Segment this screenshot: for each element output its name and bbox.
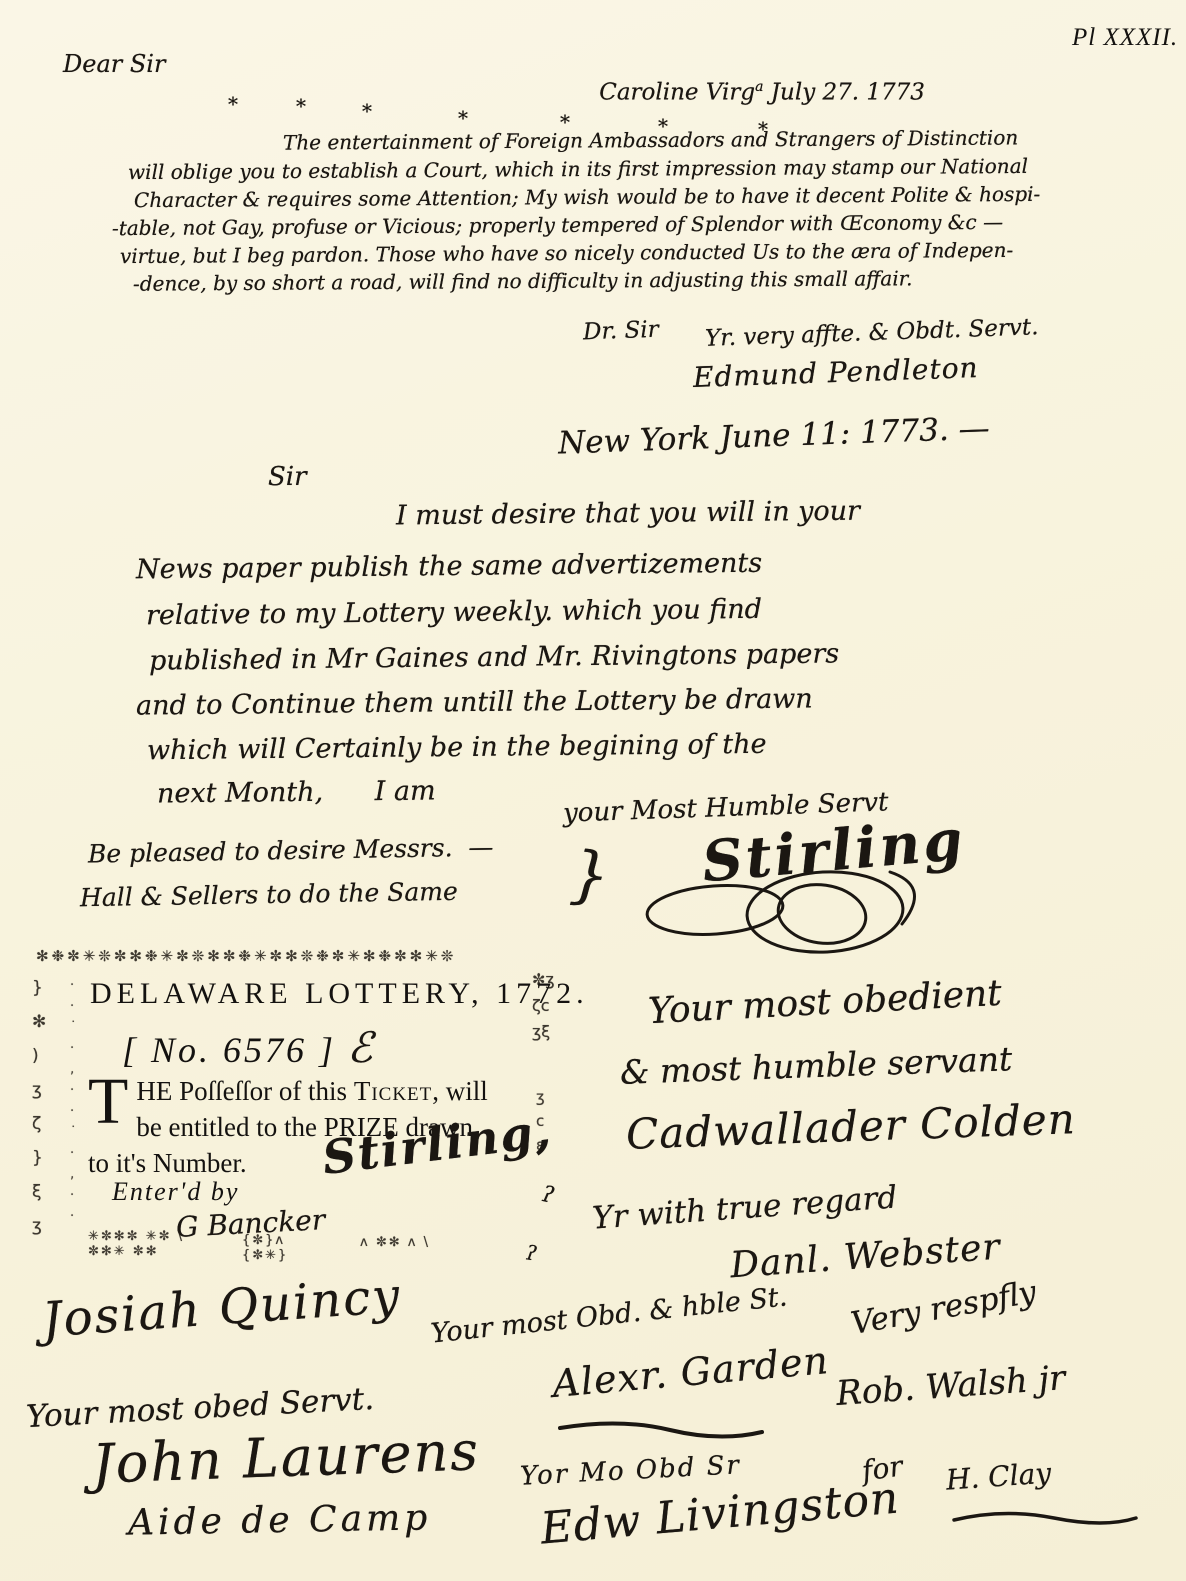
stirling-body-line: News paper publish the same advertizemen… <box>136 548 762 586</box>
quincy-signature: Josiah Quincy <box>40 1268 402 1349</box>
postscript-line: Hall & Sellers to do the Same <box>80 877 458 913</box>
garden-signature: Alexr. Garden <box>551 1338 831 1406</box>
pendleton-body-line: -dence, by so short a road, will find no… <box>133 266 913 295</box>
asterisk-mark: * <box>458 106 468 130</box>
ticket-number-line: [ No. 6576 ] ℰ <box>122 1023 373 1072</box>
stirling-body-line: which will Certainly be in the begining … <box>147 729 767 766</box>
garden-closing: Your most Obd. & hble St. <box>429 1281 788 1349</box>
clay-underline-flourish <box>950 1508 1140 1526</box>
asterisk-mark: * <box>228 92 238 116</box>
pendleton-body-line: Character & requires some Attention; My … <box>134 182 1040 212</box>
plate-number: Pl XXXII. <box>1072 24 1178 52</box>
webster-closing: Yr with true regard <box>591 1179 898 1236</box>
stirling-body-line: I must desire that you will in your <box>396 496 860 532</box>
laurens-signature: John Laurens <box>91 1419 481 1496</box>
dateline-superscript: a <box>755 79 763 95</box>
laurens-title: Aide de Camp <box>128 1497 432 1543</box>
pendleton-salutation: Dear Sir <box>63 50 165 78</box>
garden-underline-flourish <box>556 1420 766 1440</box>
ticket-ornament-border-bottom-left: ✳✼✻✼ ✳✼ \ ✼✻✳ ✼✻ <box>88 1229 184 1259</box>
dateline-date: July 27. 1773 <box>764 80 925 106</box>
ticket-ornament-border-top: ✻❉✼✳❊✼✻❉✳✼❊✻✼❉✳✼✻❊❉✼✳✻❉✼✻✳❊ <box>36 947 456 965</box>
ticket-body-line1-smallcaps: Ticket <box>354 1076 432 1106</box>
pendleton-closing: Yr. very affte. & Obdt. Servt. <box>705 314 1039 352</box>
colden-closing-line1: Your most obedient <box>647 973 1003 1032</box>
stirling-salutation: Sir <box>268 462 307 492</box>
ticket-dropcap: T <box>88 1073 136 1131</box>
asterisk-mark: * <box>296 94 306 118</box>
stirling-body-line: relative to my Lottery weekly. which you… <box>146 594 762 631</box>
ticket-ornament-border-bottom-mid: {✼}ʌ {✼✳} <box>242 1233 288 1263</box>
ticket-squiggle: ʔ <box>524 1240 538 1265</box>
ticket-ornament-border-left: } ✻ ) ʒ ζ } ξ ʒ <box>32 971 46 1243</box>
pendleton-body-line: -table, not Gay, profuse or Vicious; pro… <box>112 210 1003 240</box>
postscript-brace: } <box>568 837 612 913</box>
walsh-signature: Rob. Walsh jr <box>835 1358 1067 1414</box>
postscript-line: Be pleased to desire Messrs. — <box>88 832 494 868</box>
walsh-closing: Very respfly <box>848 1274 1039 1342</box>
ticket-number-flourish: ℰ <box>347 1023 372 1072</box>
ticket-ornament-dots-left: · · ˙ · ‚ · · ˙ · ‚ · · <box>70 975 77 1227</box>
ticket-squiggle: ʔ <box>540 1182 557 1209</box>
clay-for-label: for <box>860 1449 905 1487</box>
ticket-title: DELAWARE LOTTERY, 1772. <box>90 977 589 1011</box>
ticket-body-line3: to it's Number. <box>88 1148 247 1178</box>
pendleton-closing-prefix: Dr. Sir <box>583 317 660 346</box>
stirling-signature-flourish <box>640 862 950 962</box>
pendleton-body-line: virtue, but I beg pardon. Those who have… <box>120 238 1013 268</box>
ticket-number: [ No. 6576 ] <box>122 1030 336 1070</box>
pendleton-body-line: will oblige you to establish a Court, wh… <box>128 154 1028 184</box>
stirling-body-line: published in Mr Gaines and Mr. Rivington… <box>149 638 839 676</box>
ticket-body-line1: HE Poſſeſſor of this <box>136 1076 354 1106</box>
ticket-ornament-border-bottom-right: ʌ ✼✻ ʌ \ <box>360 1235 430 1250</box>
colden-closing-line2: & most humble servant <box>619 1039 1012 1092</box>
stirling-body-line: and to Continue them untill the Lottery … <box>136 683 813 721</box>
clay-signature: H. Clay <box>945 1456 1052 1496</box>
lottery-ticket: ✻❉✼✳❊✼✻❉✳✼❊✻✼❉✳✼✻❊❉✼✳✻❉✼✻✳❊ } ✻ ) ʒ ζ } … <box>30 945 578 1263</box>
webster-signature: Danl. Webster <box>729 1227 1002 1287</box>
dateline-place: Caroline Virg <box>599 80 755 106</box>
colden-signature: Cadwallader Colden <box>625 1094 1076 1159</box>
plate-page: Pl XXXII. Dear Sir Caroline Virga July 2… <box>0 0 1186 1581</box>
stirling-dateline: New York June 11: 1773. — <box>558 410 991 461</box>
pendleton-dateline: Caroline Virga July 27. 1773 <box>570 53 925 132</box>
livingston-closing: Yor Mo Obd Sr <box>519 1450 741 1492</box>
stirling-body-line: next Month, I am <box>157 776 436 810</box>
ticket-body-line1-end: , will <box>432 1076 488 1106</box>
asterisk-mark: * <box>362 99 372 123</box>
pendleton-body-line: The entertainment of Foreign Ambassadors… <box>283 125 1018 154</box>
pendleton-signature: Edmund Pendleton <box>693 351 980 394</box>
ticket-entered-by-label: Enter'd by <box>112 1177 239 1207</box>
